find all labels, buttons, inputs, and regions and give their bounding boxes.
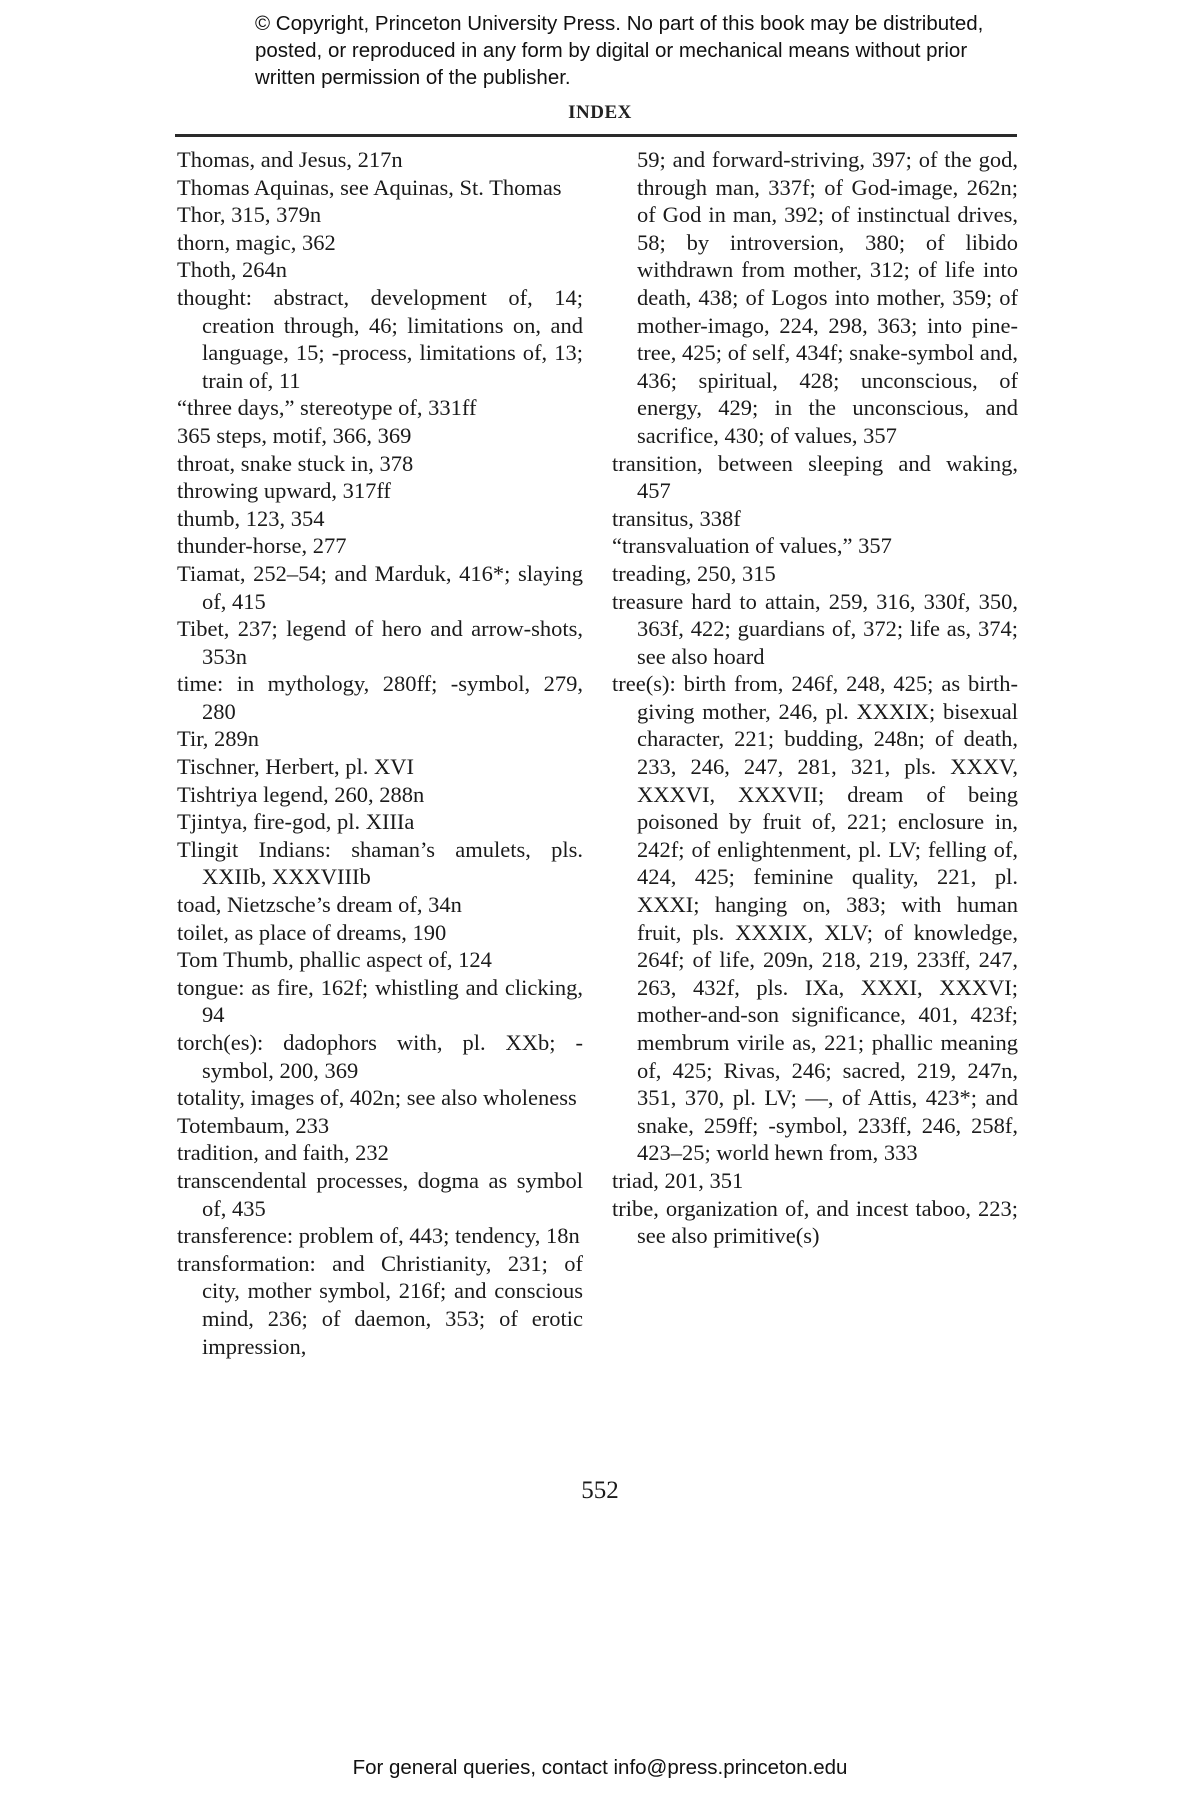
index-entry: transcendental processes, dogma as symbo… [177, 1167, 583, 1222]
index-entry: torch(es): dadophors with, pl. XXb; -sym… [177, 1029, 583, 1084]
index-entry: thumb, 123, 354 [177, 505, 583, 533]
copyright-notice: © Copyright, Princeton University Press.… [255, 10, 1015, 91]
index-entry: toad, Nietzsche’s dream of, 34n [177, 891, 583, 919]
index-entry: throwing upward, 317ff [177, 477, 583, 505]
index-entry: toilet, as place of dreams, 190 [177, 919, 583, 947]
index-entry: treasure hard to attain, 259, 316, 330f,… [612, 588, 1018, 671]
index-entry: transition, between sleeping and waking,… [612, 450, 1018, 505]
header-rule [175, 134, 1017, 137]
index-entry: Tishtriya legend, 260, 288n [177, 781, 583, 809]
index-entry: thought: abstract, development of, 14; c… [177, 284, 583, 394]
index-entry: Tom Thumb, phallic aspect of, 124 [177, 946, 583, 974]
index-entry: Thoth, 264n [177, 256, 583, 284]
index-entry: thunder-horse, 277 [177, 532, 583, 560]
index-entry: transformation: and Christianity, 231; o… [177, 1250, 583, 1360]
running-head-index: INDEX [0, 102, 1200, 124]
index-entry: Tischner, Herbert, pl. XVI [177, 753, 583, 781]
index-entry: tongue: as fire, 162f; whistling and cli… [177, 974, 583, 1029]
index-entry: Thomas, and Jesus, 217n [177, 146, 583, 174]
index-entry: throat, snake stuck in, 378 [177, 450, 583, 478]
index-entry: triad, 201, 351 [612, 1167, 1018, 1195]
index-entry: Tjintya, fire-god, pl. XIIIa [177, 808, 583, 836]
index-entry-continuation: 59; and forward-striving, 397; of the go… [612, 146, 1018, 450]
index-entry: tribe, organization of, and incest taboo… [612, 1195, 1018, 1250]
index-entry: “three days,” stereotype of, 331ff [177, 394, 583, 422]
index-entry: transitus, 338f [612, 505, 1018, 533]
index-entry: thorn, magic, 362 [177, 229, 583, 257]
index-entry: Thomas Aquinas, see Aquinas, St. Thomas [177, 174, 583, 202]
index-entry: “transvaluation of values,” 357 [612, 532, 1018, 560]
index-column-right: 59; and forward-striving, 397; of the go… [612, 146, 1018, 1250]
index-entry: Tlingit Indians: shaman’s amulets, pls. … [177, 836, 583, 891]
index-entry: totality, images of, 402n; see also whol… [177, 1084, 583, 1112]
index-entry: Tir, 289n [177, 725, 583, 753]
index-entry: time: in mythology, 280ff; -symbol, 279,… [177, 670, 583, 725]
index-entry: Tibet, 237; legend of hero and arrow-sho… [177, 615, 583, 670]
index-entry: Tiamat, 252–54; and Marduk, 416*; slayin… [177, 560, 583, 615]
index-entry: transference: problem of, 443; tendency,… [177, 1222, 583, 1250]
index-column-left: Thomas, and Jesus, 217nThomas Aquinas, s… [177, 146, 583, 1360]
footer-contact: For general queries, contact info@press.… [0, 1756, 1200, 1780]
index-entry: treading, 250, 315 [612, 560, 1018, 588]
index-entry: 365 steps, motif, 366, 369 [177, 422, 583, 450]
page-number: 552 [0, 1477, 1200, 1505]
index-entry: tradition, and faith, 232 [177, 1139, 583, 1167]
index-entry: Totembaum, 233 [177, 1112, 583, 1140]
index-entry: tree(s): birth from, 246f, 248, 425; as … [612, 670, 1018, 1167]
index-entry: Thor, 315, 379n [177, 201, 583, 229]
